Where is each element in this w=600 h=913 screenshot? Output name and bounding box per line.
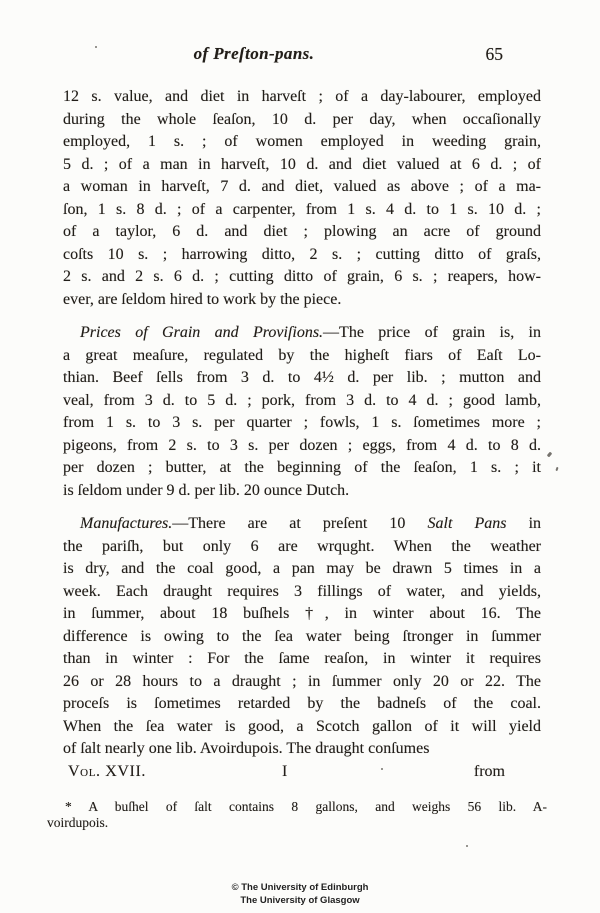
text-line: than in winter : For the ſame reaſon, in…: [63, 648, 541, 671]
text-line: per dozen ; butter, at the beginning of …: [63, 457, 541, 480]
text-line: veal, from 3 d. to 5 d. ; pork, from 3 d…: [63, 390, 541, 413]
text-line: of a taylor, 6 d. and diet ; plowing an …: [63, 221, 541, 244]
text-line: pigeons, from 2 s. to 3 s. per dozen ; e…: [63, 435, 541, 458]
page-body: 12 s. value, and diet in harveſt ; of a …: [63, 86, 541, 784]
text-line: difference is owing to the ſea water bei…: [63, 626, 541, 649]
scan-artifact: [466, 845, 468, 847]
text-line: 5 d. ; of a man in harveſt, 10 d. and di…: [63, 154, 541, 177]
page-number: 65: [486, 44, 504, 65]
italic-text: Prices of Grain and Proviſions.: [80, 324, 323, 341]
text-line: employed, 1 s. ; of women employed in we…: [63, 131, 541, 154]
paragraph-prices-of-grain: Prices of Grain and Proviſions.—The pric…: [63, 322, 541, 502]
text-line: week. Each draught requires 3 fillings o…: [63, 581, 541, 604]
text-line: is ſeldom under 9 d. per lib. 20 ounce D…: [63, 480, 541, 503]
text-line: a woman in harveſt, 7 d. and diet, value…: [63, 176, 541, 199]
text-line: from 1 s. to 3 s. per quarter ; fowls, 1…: [63, 412, 541, 435]
text-line: 26 or 28 hours to a draught ; in ſummer …: [63, 671, 541, 694]
text-line: thian. Beef ſells from 3 d. to 4½ d. per…: [63, 367, 541, 390]
signature-line: Vol. XVII. I from: [63, 761, 541, 784]
scan-artifact: [381, 768, 383, 770]
text-line: is dry, and the coal good, a pan may be …: [63, 558, 541, 581]
volume-label: Vol. XVII.: [68, 763, 146, 780]
paragraph-manufactures: Manufactures.—There are at preſent 10 Sa…: [63, 513, 541, 761]
scan-artifact: [555, 467, 558, 471]
text-line: When the ſea water is good, a Scotch gal…: [63, 716, 541, 739]
text-line: of ſalt nearly one lib. Avoirdupois. The…: [63, 738, 541, 761]
paragraph-wages: 12 s. value, and diet in harveſt ; of a …: [63, 86, 541, 311]
text-line: ever, are ſeldom hired to work by the pi…: [63, 289, 541, 312]
scan-artifact: [547, 452, 553, 458]
signature-mark: I: [282, 761, 287, 784]
text-line: proceſs is ſometimes retarded by the bad…: [63, 693, 541, 716]
text-line: * A buſhel of ſalt contains 8 gallons, a…: [47, 799, 547, 815]
text-line: 12 s. value, and diet in harveſt ; of a …: [63, 86, 541, 109]
scan-artifact: [95, 46, 97, 48]
text-line: ſon, 1 s. 8 d. ; of a carpenter, from 1 …: [63, 199, 541, 222]
text-line: voirdupois.: [47, 815, 547, 831]
text-line: Manufactures.—There are at preſent 10 Sa…: [63, 513, 541, 536]
text-line: coſts 10 s. ; harrowing ditto, 2 s. ; cu…: [63, 244, 541, 267]
text-line: a great meaſure, regulated by the higheſ…: [63, 345, 541, 368]
page-header: of Preſton-pans. 65: [0, 44, 600, 66]
text-line: Prices of Grain and Proviſions.—The pric…: [63, 322, 541, 345]
running-title: of Preſton-pans.: [0, 44, 508, 64]
footnote: * A buſhel of ſalt contains 8 gallons, a…: [47, 799, 547, 830]
scanned-book-page: of Preſton-pans. 65 12 s. value, and die…: [0, 0, 600, 913]
text-line: during the whole ſeaſon, 10 d. per day, …: [63, 109, 541, 132]
catchword: from: [474, 761, 505, 784]
library-stamp-line-2: The University of Glasgow: [0, 894, 600, 907]
italic-text: Salt Pans: [428, 515, 507, 532]
italic-text: Manufactures.: [80, 515, 172, 532]
text-line: in ſummer, about 18 buſhels †, in winter…: [63, 603, 541, 626]
library-stamp: © The University of Edinburgh The Univer…: [0, 881, 600, 907]
text-line: the pariſh, but only 6 are wrqught. When…: [63, 536, 541, 559]
text-line: 2 s. and 2 s. 6 d. ; cutting ditto of gr…: [63, 266, 541, 289]
library-stamp-line-1: © The University of Edinburgh: [0, 881, 600, 894]
